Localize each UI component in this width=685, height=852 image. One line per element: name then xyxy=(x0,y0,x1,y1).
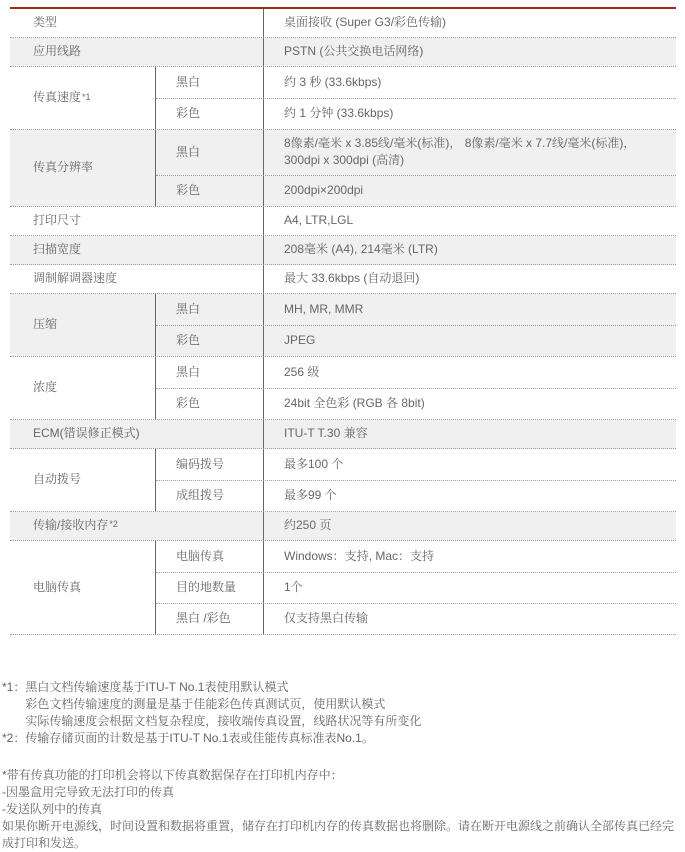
spec-sublabel: 黑白 xyxy=(156,67,264,98)
spec-label: 打印尺寸 xyxy=(10,207,264,235)
spec-subrows: 编码拨号 最多100 个 成组拨号 最多99 个 xyxy=(156,449,676,511)
spec-row-pc-fax: 电脑传真 电脑传真 Windows：支持, Mac：支持 目的地数量 1个 黑白… xyxy=(10,541,676,635)
fax-spec-table: 类型 桌面接收 (Super G3/彩色传输) 应用线路 PSTN (公共交换电… xyxy=(10,7,676,635)
spec-label: 类型 xyxy=(10,9,264,37)
spec-subrow: 黑白 MH, MR, MMR xyxy=(156,294,676,325)
spec-subrow: 编码拨号 最多100 个 xyxy=(156,449,676,480)
spec-subrow: 彩色 200dpi×200dpi xyxy=(156,175,676,206)
spec-value: 最大 33.6kbps (自动退回) xyxy=(264,265,676,293)
spec-value: 24bit 全色彩 (RGB 各 8bit) xyxy=(264,389,676,419)
spec-subrow: 黑白 8像素/毫米 x 3.85线/毫米(标准)， 8像素/毫米 x 7.7线/… xyxy=(156,130,676,175)
memory-note-block: *带有传真功能的打印机会将以下传真数据保存在打印机内存中： -因墨盒用完导致无法… xyxy=(2,767,683,852)
spec-value: 最多99 个 xyxy=(264,481,676,511)
spec-subrow: 黑白 约 3 秒 (33.6kbps) xyxy=(156,67,676,98)
spec-sublabel: 彩色 xyxy=(156,99,264,129)
spec-row-line: 应用线路 PSTN (公共交换电话网络) xyxy=(10,38,676,67)
spec-value: MH, MR, MMR xyxy=(264,294,676,325)
spec-value: 约 3 秒 (33.6kbps) xyxy=(264,67,676,98)
spec-value: ITU-T T.30 兼容 xyxy=(264,420,676,448)
footnote-marker: *1： xyxy=(2,679,25,730)
footnote-1: *1： 黑白文档传输速度基于ITU-T No.1表使用默认模式 彩色文档传输速度… xyxy=(2,679,685,730)
spec-subrow: 黑白 /彩色 仅支持黑白传输 xyxy=(156,603,676,634)
spec-value: PSTN (公共交换电话网络) xyxy=(264,38,676,66)
footnote-line: 黑白文档传输速度基于ITU-T No.1表使用默认模式 xyxy=(25,679,685,696)
spec-sublabel: 黑白 xyxy=(156,357,264,388)
spec-value: Windows：支持, Mac：支持 xyxy=(264,541,676,572)
spec-value: 约250 页 xyxy=(264,512,676,540)
spec-subrows: 黑白 MH, MR, MMR 彩色 JPEG xyxy=(156,294,676,356)
spec-subrow: 目的地数量 1个 xyxy=(156,572,676,603)
spec-sublabel: 电脑传真 xyxy=(156,541,264,572)
footnote-text: 黑白文档传输速度基于ITU-T No.1表使用默认模式 彩色文档传输速度的测量是… xyxy=(25,679,685,730)
spec-sublabel: 目的地数量 xyxy=(156,573,264,603)
spec-row-ecm: ECM(错误修正模式) ITU-T T.30 兼容 xyxy=(10,420,676,449)
spec-row-scan-width: 扫描宽度 208毫米 (A4), 214毫米 (LTR) xyxy=(10,236,676,265)
spec-subrow: 成组拨号 最多99 个 xyxy=(156,480,676,511)
spec-subrows: 黑白 约 3 秒 (33.6kbps) 彩色 约 1 分钟 (33.6kbps) xyxy=(156,67,676,129)
footnote-line: 实际传输速度会根据文档复杂程度，接收端传真设置，线路状况等有所变化 xyxy=(25,713,685,730)
spec-row-print-size: 打印尺寸 A4, LTR,LGL xyxy=(10,207,676,236)
spec-subrow: 彩色 24bit 全色彩 (RGB 各 8bit) xyxy=(156,388,676,419)
spec-subrow: 彩色 约 1 分钟 (33.6kbps) xyxy=(156,98,676,129)
spec-row-modem-speed: 调制解调器速度 最大 33.6kbps (自动退回) xyxy=(10,265,676,294)
spec-label: 传真速度*1 xyxy=(10,67,156,129)
spec-value: 200dpi×200dpi xyxy=(264,176,676,206)
spec-row-density: 浓度 黑白 256 级 彩色 24bit 全色彩 (RGB 各 8bit) xyxy=(10,357,676,420)
spec-sublabel: 黑白 xyxy=(156,294,264,325)
spec-sublabel: 黑白 /彩色 xyxy=(156,604,264,634)
spec-row-compression: 压缩 黑白 MH, MR, MMR 彩色 JPEG xyxy=(10,294,676,357)
spec-label: 扫描宽度 xyxy=(10,236,264,264)
spec-row-fax-resolution: 传真分辨率 黑白 8像素/毫米 x 3.85线/毫米(标准)， 8像素/毫米 x… xyxy=(10,130,676,207)
memo-line: *带有传真功能的打印机会将以下传真数据保存在打印机内存中： xyxy=(2,767,683,784)
spec-value: 约 1 分钟 (33.6kbps) xyxy=(264,99,676,129)
footnote-line: 彩色文档传输速度的测量是基于佳能彩色传真测试页，使用默认模式 xyxy=(25,696,685,713)
spec-row-type: 类型 桌面接收 (Super G3/彩色传输) xyxy=(10,9,676,38)
spec-row-memory: 传输/接收内存*2 约250 页 xyxy=(10,512,676,541)
spec-row-fax-speed: 传真速度*1 黑白 约 3 秒 (33.6kbps) 彩色 约 1 分钟 (33… xyxy=(10,67,676,130)
footnote-text: 传输存储页面的计数是基于ITU-T No.1表或佳能传真标准表No.1。 xyxy=(25,730,685,747)
spec-subrows: 黑白 8像素/毫米 x 3.85线/毫米(标准)， 8像素/毫米 x 7.7线/… xyxy=(156,130,676,206)
spec-value: 1个 xyxy=(264,573,676,603)
spec-sublabel: 编码拨号 xyxy=(156,449,264,480)
spec-label: 压缩 xyxy=(10,294,156,356)
spec-subrow: 黑白 256 级 xyxy=(156,357,676,388)
spec-label: 调制解调器速度 xyxy=(10,265,264,293)
spec-subrows: 电脑传真 Windows：支持, Mac：支持 目的地数量 1个 黑白 /彩色 … xyxy=(156,541,676,634)
memo-line: 如果你断开电源线，时间设置和数据将重置，储存在打印机内存的传真数据也将删除。请在… xyxy=(2,818,683,852)
spec-value: 8像素/毫米 x 3.85线/毫米(标准)， 8像素/毫米 x 7.7线/毫米(… xyxy=(264,130,676,175)
spec-label: 电脑传真 xyxy=(10,541,156,634)
spec-value: A4, LTR,LGL xyxy=(264,207,676,235)
footnote-line: 传输存储页面的计数是基于ITU-T No.1表或佳能传真标准表No.1。 xyxy=(25,730,685,747)
spec-sublabel: 彩色 xyxy=(156,326,264,356)
spec-label: 传输/接收内存*2 xyxy=(10,512,264,540)
spec-sublabel: 黑白 xyxy=(156,130,264,175)
spec-label: 传真分辨率 xyxy=(10,130,156,206)
spec-value: JPEG xyxy=(264,326,676,356)
fax-spec-page: 类型 桌面接收 (Super G3/彩色传输) 应用线路 PSTN (公共交换电… xyxy=(0,0,685,852)
spec-label: ECM(错误修正模式) xyxy=(10,420,264,448)
spec-sublabel: 彩色 xyxy=(156,176,264,206)
spec-label: 自动拨号 xyxy=(10,449,156,511)
spec-label: 浓度 xyxy=(10,357,156,419)
spec-subrow: 彩色 JPEG xyxy=(156,325,676,356)
spec-row-auto-dial: 自动拨号 编码拨号 最多100 个 成组拨号 最多99 个 xyxy=(10,449,676,512)
memo-line: -因墨盒用完导致无法打印的传真 xyxy=(2,784,683,801)
footnote-ref-2: *2 xyxy=(109,520,118,529)
spec-value: 256 级 xyxy=(264,357,676,388)
spec-value: 208毫米 (A4), 214毫米 (LTR) xyxy=(264,236,676,264)
memo-line: -发送队列中的传真 xyxy=(2,801,683,818)
spec-subrow: 电脑传真 Windows：支持, Mac：支持 xyxy=(156,541,676,572)
footnote-2: *2： 传输存储页面的计数是基于ITU-T No.1表或佳能传真标准表No.1。 xyxy=(2,730,685,747)
footnote-marker: *2： xyxy=(2,730,25,747)
spec-value: 桌面接收 (Super G3/彩色传输) xyxy=(264,9,676,37)
spec-value: 仅支持黑白传输 xyxy=(264,604,676,634)
spec-label: 应用线路 xyxy=(10,38,264,66)
footnote-ref-1: *1 xyxy=(82,93,91,102)
spec-sublabel: 成组拨号 xyxy=(156,481,264,511)
spec-sublabel: 彩色 xyxy=(156,389,264,419)
spec-value: 最多100 个 xyxy=(264,449,676,480)
footnotes-block: *1： 黑白文档传输速度基于ITU-T No.1表使用默认模式 彩色文档传输速度… xyxy=(2,679,685,747)
spec-subrows: 黑白 256 级 彩色 24bit 全色彩 (RGB 各 8bit) xyxy=(156,357,676,419)
